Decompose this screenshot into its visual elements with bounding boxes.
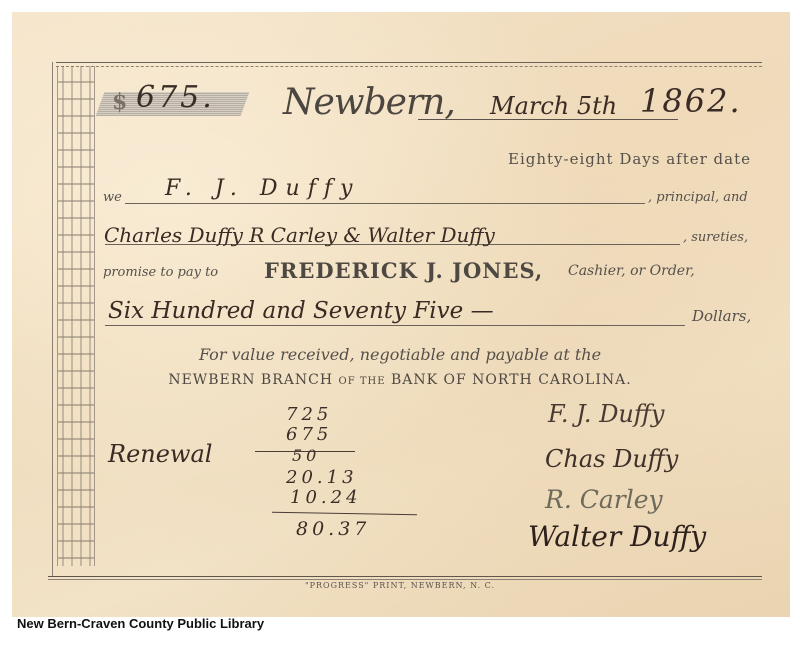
payee-name: FREDERICK J. JONES, — [264, 258, 543, 283]
promise-prefix: promise to pay to — [103, 265, 218, 280]
calc-line-5: 10.24 — [290, 487, 362, 508]
bank-branch: NEWBERN BRANCH OF THE BANK OF NORTH CARO… — [0, 372, 800, 388]
frame-border-left — [52, 62, 53, 577]
calc-line-4: 20.13 — [286, 467, 358, 488]
date-year: 1862. — [640, 82, 742, 120]
signature-2: Chas Duffy — [545, 445, 678, 473]
branch-name: NEWBERN BRANCH — [168, 372, 333, 388]
principal-name-handwritten: F. J. Duffy — [165, 176, 360, 201]
branch-of-the: OF THE — [339, 376, 386, 387]
signature-3: R. Carley — [545, 485, 663, 514]
payee-suffix: Cashier, or Order, — [568, 263, 695, 279]
library-credit: New Bern-Craven County Public Library — [17, 616, 264, 631]
principal-rule — [125, 203, 645, 204]
date-handwritten: March 5th — [490, 92, 617, 120]
frame-border-top-inner — [56, 66, 762, 67]
principal-suffix: , principal, and — [648, 190, 748, 205]
ornamental-border-icon — [57, 66, 95, 566]
we-label: we — [103, 190, 122, 205]
sureties-names-handwritten: Charles Duffy R Carley & Walter Duffy — [104, 223, 495, 247]
value-clause: For value received, negotiable and payab… — [0, 345, 800, 364]
bank-name: BANK OF NORTH CAROLINA. — [391, 372, 632, 388]
calc-line-2: 675 — [286, 424, 332, 445]
amount-suffix: Dollars, — [692, 307, 751, 325]
sureties-suffix: , sureties, — [683, 230, 748, 245]
place-name: Newbern, — [283, 82, 455, 123]
renewal-label: Renewal — [108, 440, 212, 468]
calc-total: 80.37 — [296, 518, 370, 540]
frame-border-top — [56, 62, 762, 63]
calc-line-1: 725 — [286, 404, 332, 425]
amount-figure: 675. — [136, 80, 215, 115]
printer-imprint: "PROGRESS" PRINT, NEWBERN, N. C. — [0, 581, 800, 590]
amount-words-rule — [105, 325, 685, 326]
frame-border-bottom-inner — [48, 579, 762, 580]
dollar-sign: $ — [112, 89, 127, 115]
signature-4: Walter Duffy — [528, 520, 706, 553]
calc-line-3: 50 — [292, 446, 320, 465]
frame-border-bottom — [48, 576, 762, 577]
term-text: Eighty-eight Days after date — [508, 150, 751, 168]
signature-1: F. J. Duffy — [548, 400, 664, 428]
amount-words-handwritten: Six Hundred and Seventy Five — — [108, 298, 494, 324]
